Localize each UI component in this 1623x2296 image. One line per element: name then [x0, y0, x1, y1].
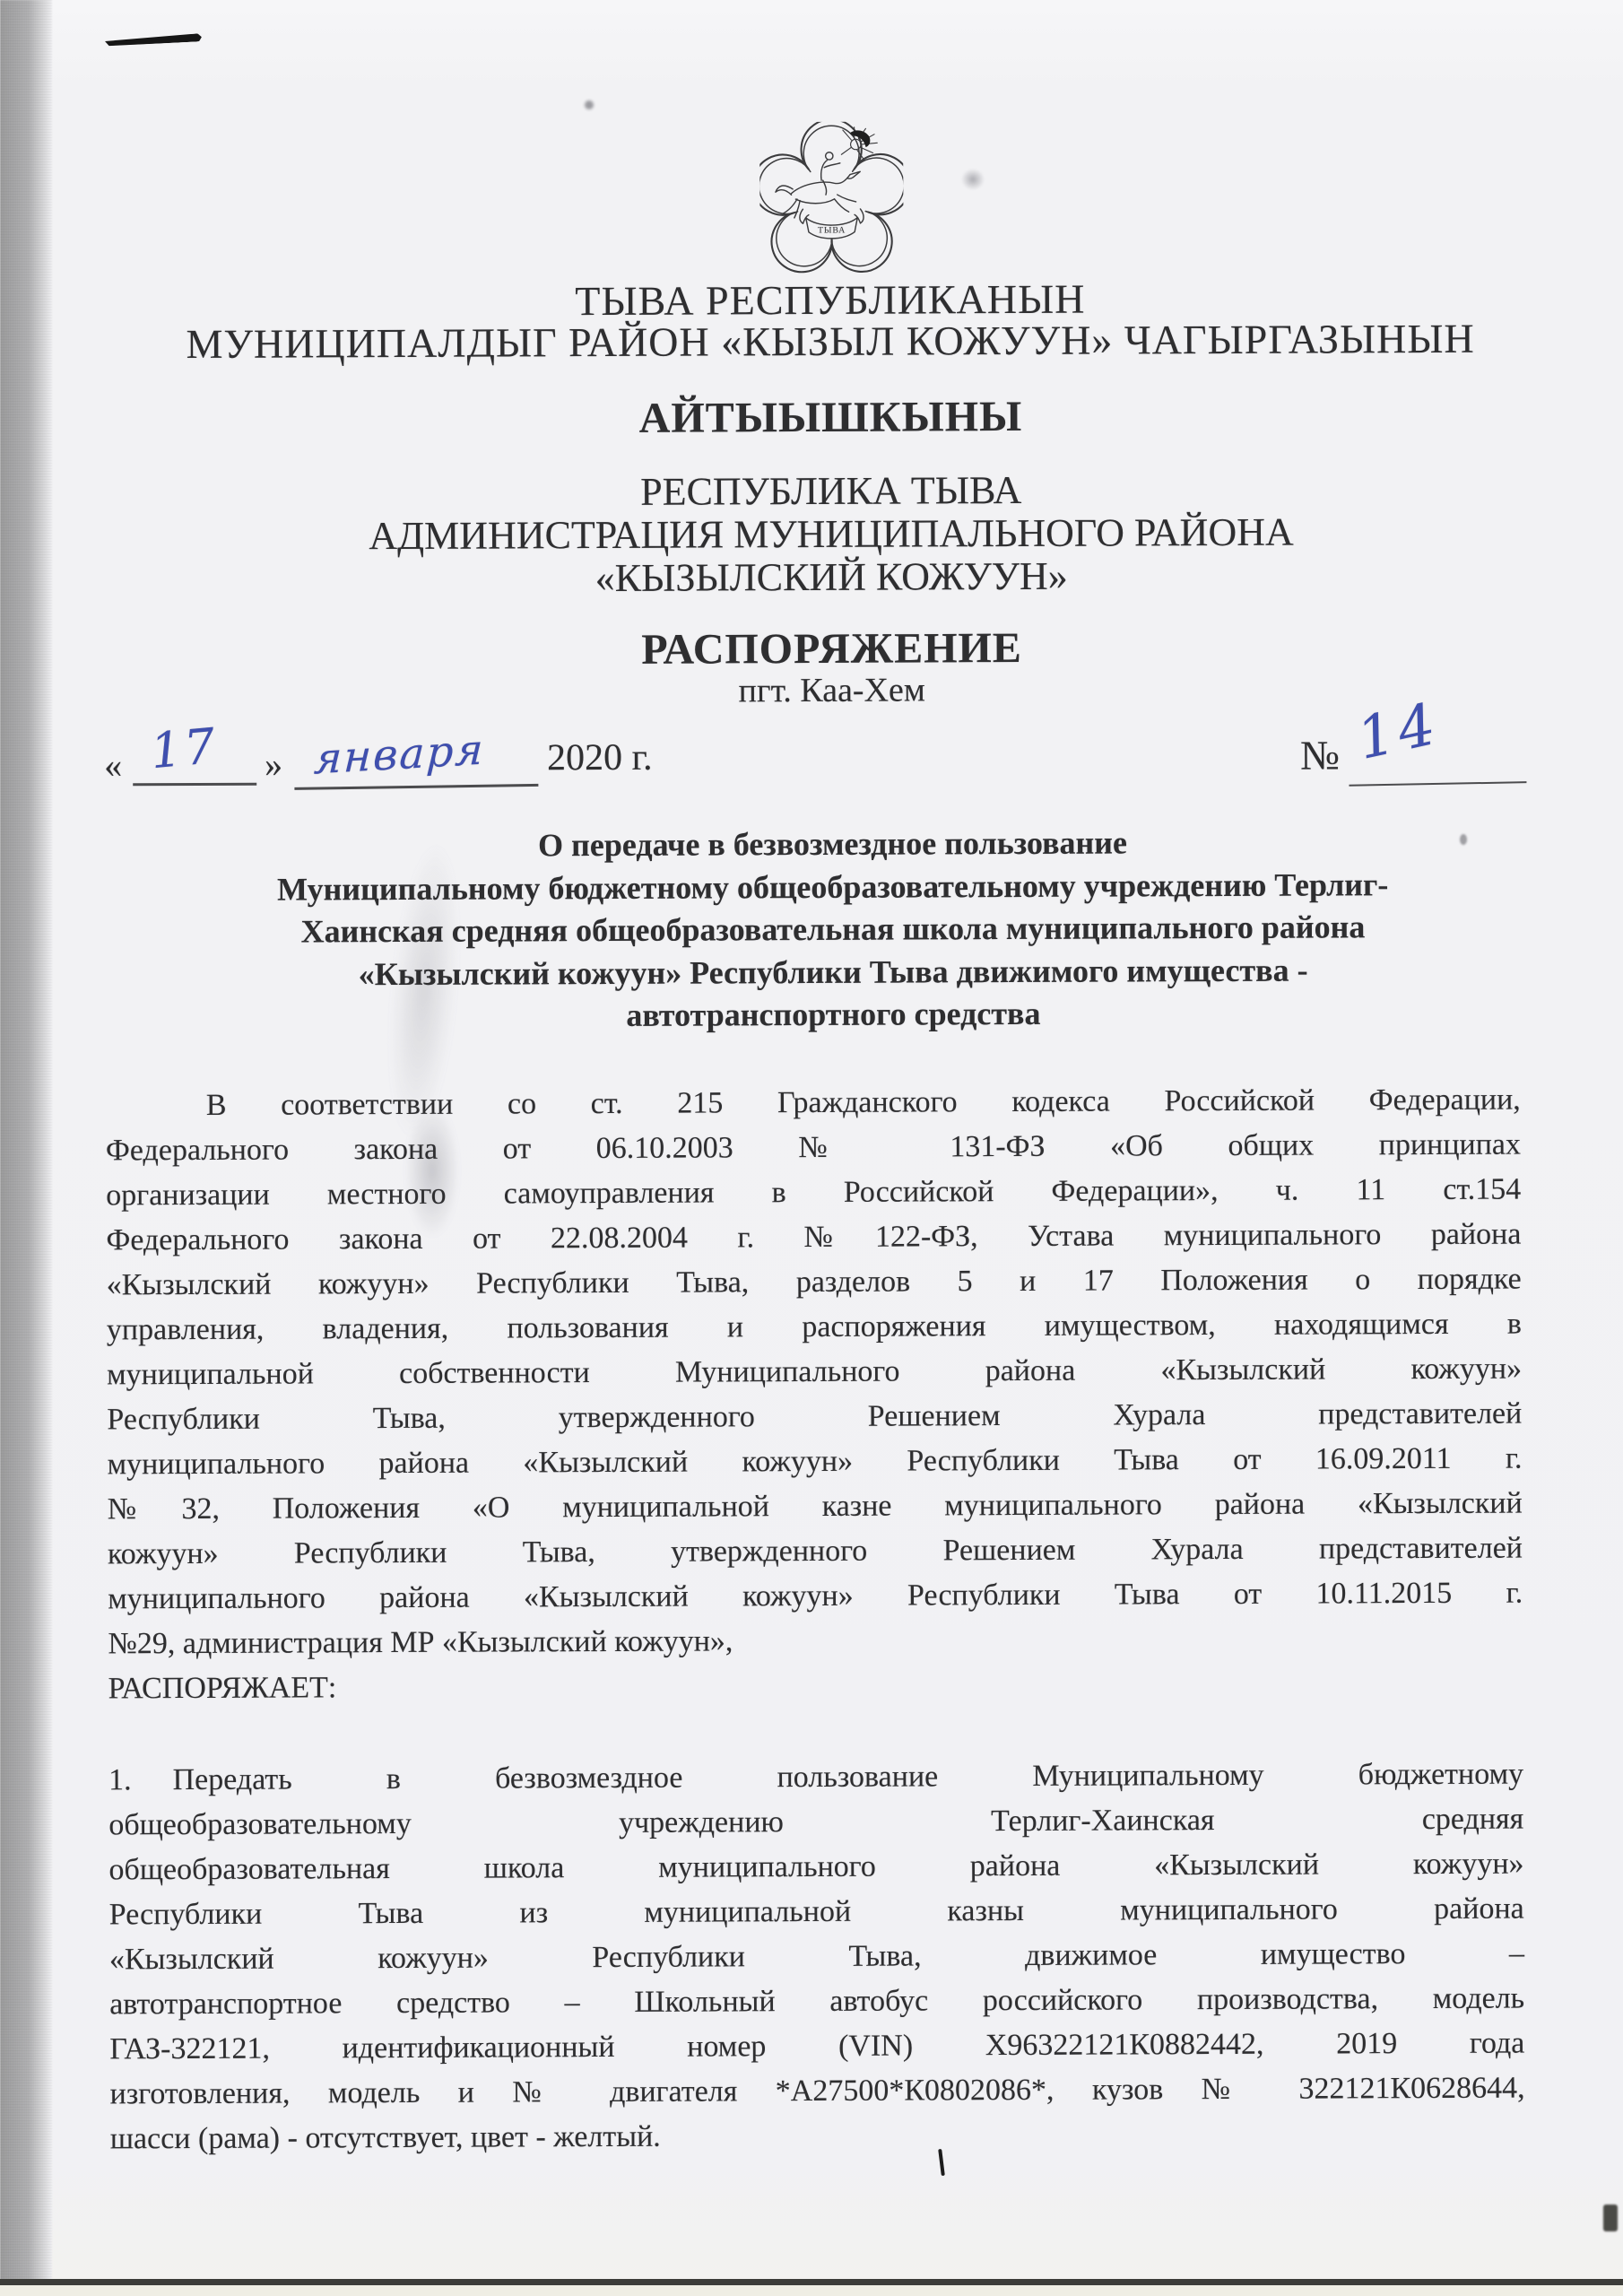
- preamble-line: муниципального района «Кызылский кожуун»…: [107, 1437, 1522, 1488]
- handwritten-day: 17: [148, 717, 220, 780]
- handwritten-month: января: [313, 725, 486, 784]
- order-title: О передаче в безвозмездное пользование М…: [133, 820, 1532, 1039]
- doc-place: пгт. Каа-Хем: [133, 667, 1532, 713]
- item-line: общеобразовательному учреждению Терлиг-Х…: [108, 1797, 1523, 1848]
- item-line: общеобразовательная школа муниципального…: [108, 1842, 1523, 1893]
- scan-below-page: [0, 2285, 1623, 2296]
- emblem-inner-border: [759, 126, 904, 266]
- preamble-line: Федерального закона от 06.10.2003 № 131-…: [106, 1123, 1521, 1174]
- close-quote: »: [265, 744, 282, 786]
- item-line: Республики Тыва из муниципальной казны м…: [109, 1887, 1524, 1938]
- item-1-paragraph: 1.Передать в безвозмездное пользование М…: [108, 1752, 1525, 2162]
- doc-type-tyvan: АЙТЫЫШКЫНЫ: [131, 389, 1530, 445]
- title-line: «Кызылский кожуун» Республики Тыва движи…: [134, 948, 1532, 996]
- title-line: Хаинская средняя общеобразовательная шко…: [134, 906, 1532, 954]
- document-content: ТЫВА ТЫВА РЕСПУБЛИКАНЫН МУНИЦИПАЛДЫГ РАЙ…: [0, 0, 1623, 2296]
- preamble-line: муниципальной собственности Муниципально…: [107, 1347, 1522, 1398]
- header-rus-line3: «КЫЗЫЛСКИЙ КОЖУУН»: [132, 551, 1531, 603]
- preamble-line: №29, администрация МР «Кызылский кожуун»…: [108, 1616, 1523, 1667]
- preamble-line: «Кызылский кожуун» Республики Тыва, разд…: [107, 1257, 1522, 1309]
- preamble-line: Республики Тыва, утвержденного Решением …: [107, 1392, 1522, 1443]
- preamble-line: кожуун» Республики Тыва, утвержденного Р…: [108, 1526, 1523, 1578]
- preamble-line: управления, владения, пользования и расп…: [107, 1302, 1522, 1353]
- scanned-document-page: ТЫВА ТЫВА РЕСПУБЛИКАНЫН МУНИЦИПАЛДЫГ РАЙ…: [0, 0, 1623, 2296]
- preamble-line: В соответствии со ст. 215 Гражданского к…: [106, 1078, 1521, 1129]
- item-line: ГАЗ-322121, идентификационный номер (VIN…: [109, 2022, 1524, 2073]
- item-line: автотранспортное средство – Школьный авт…: [109, 1977, 1524, 2028]
- item-line-text: Передать в безвозмездное пользование Мун…: [172, 1758, 1523, 1797]
- title-line: О передаче в безвозмездное пользование: [133, 820, 1532, 868]
- banner-text: ТЫВА: [818, 225, 846, 235]
- open-quote: «: [104, 744, 122, 786]
- preamble-line: Федерального закона от 22.08.2004 г. №12…: [106, 1213, 1521, 1264]
- resolves-label: РАСПОРЯЖАЕТ:: [108, 1661, 1523, 1712]
- banner-scroll: ТЫВА: [800, 209, 864, 239]
- item-line: изготовления, модель и № двигателя *А275…: [109, 2066, 1524, 2118]
- preamble-line: №32, Положения «О муниципальной казне му…: [108, 1482, 1523, 1533]
- item-line: 1.Передать в безвозмездное пользование М…: [108, 1752, 1523, 1804]
- tyva-coat-of-arms-icon: ТЫВА: [759, 122, 904, 277]
- item-number: 1.: [108, 1763, 132, 1796]
- item-line: «Кызылский кожуун» Республики Тыва, движ…: [109, 1932, 1524, 1983]
- preamble-line: муниципального района «Кызылский кожуун»…: [108, 1571, 1523, 1622]
- horse-rider-icon: [776, 152, 861, 218]
- preamble-line: организации местного самоуправления в Ро…: [106, 1168, 1521, 1219]
- year-text: 2020 г.: [547, 736, 653, 780]
- header-tyvan-line2: МУНИЦИПАЛДЫГ РАЙОН «КЫЗЫЛ КОЖУУН» ЧАГЫРГ…: [131, 314, 1530, 368]
- preamble-paragraph: В соответствии со ст. 215 Гражданского к…: [106, 1078, 1523, 1712]
- item-line: шасси (рама) - отсутствует, цвет - желты…: [110, 2111, 1525, 2162]
- number-sign: №: [1300, 731, 1340, 778]
- title-line: автотранспортного средства: [134, 991, 1532, 1039]
- emblem-outer-border: [759, 122, 904, 273]
- scan-edge-bottom: [0, 2279, 1623, 2285]
- title-line: Муниципальному бюджетному общеобразовате…: [134, 863, 1532, 911]
